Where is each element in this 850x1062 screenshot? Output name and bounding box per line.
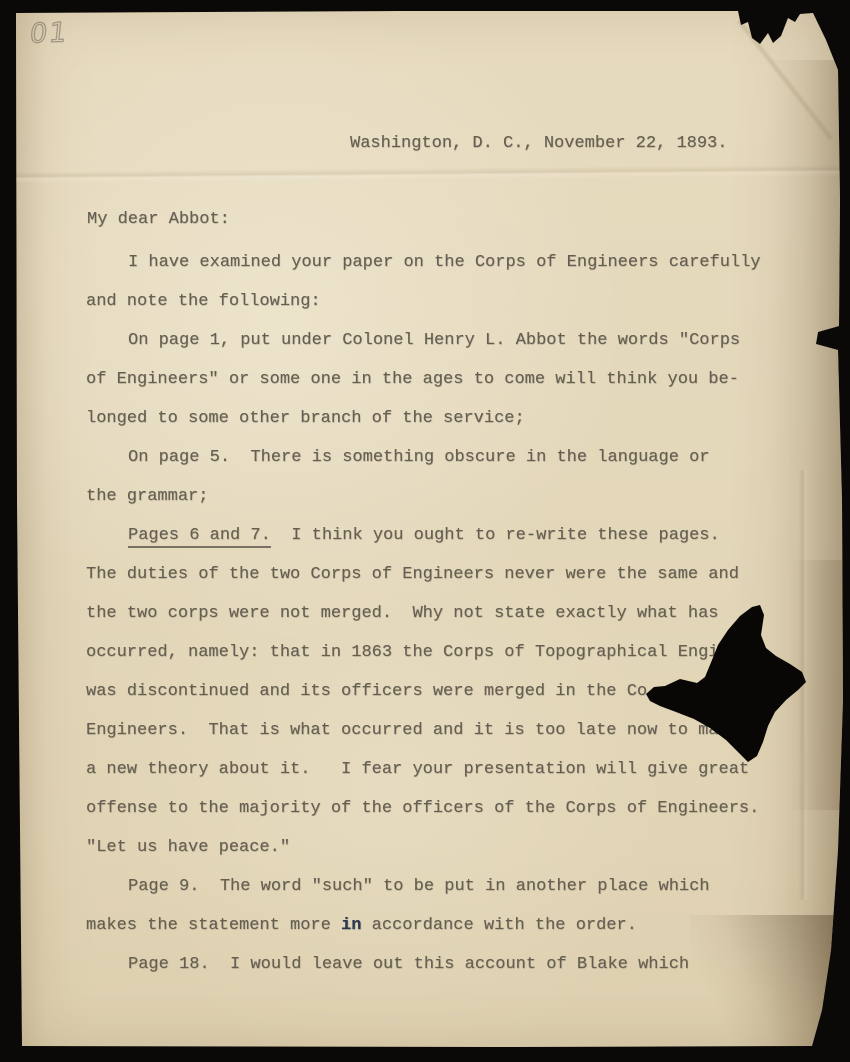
letter-line: Page 18. I would leave out this account … (86, 945, 776, 984)
text-segment: Page 18. I would leave out this account … (128, 955, 689, 974)
text-segment: the grammar; (86, 487, 208, 506)
letter-paper: 01 Washington, D. C., November 22, 1893.… (14, 10, 845, 1051)
horizontal-crease (14, 164, 845, 183)
text-segment: accordance with the order. (361, 916, 636, 935)
letter-line: Page 9. The word "such" to be put in ano… (86, 867, 776, 906)
text-segment: Page 9. The word "such" to be put in ano… (128, 877, 710, 896)
text-segment: and note the following: (86, 292, 321, 311)
letter-line: "Let us have peace." (86, 828, 776, 867)
text-segment: "Let us have peace." (86, 838, 290, 857)
underlined-text: Pages 6 and 7. (128, 526, 271, 548)
photo-background: 01 Washington, D. C., November 22, 1893.… (0, 0, 850, 1062)
letter-line: occurred, namely: that in 1863 the Corps… (86, 633, 776, 672)
letter-line: I have examined your paper on the Corps … (86, 243, 776, 282)
corner-crease (736, 18, 835, 141)
dateline: Washington, D. C., November 22, 1893. (350, 134, 727, 153)
letter-line: Pages 6 and 7. I think you ought to re-w… (86, 516, 776, 555)
fold-shading (790, 560, 845, 810)
letter-line: was discontinued and its officers were m… (86, 672, 776, 711)
text-segment: On page 5. There is something obscure in… (128, 448, 710, 467)
letter-line: On page 1, put under Colonel Henry L. Ab… (86, 321, 776, 360)
letter-line: Engineers. That is what occurred and it … (86, 711, 776, 750)
text-segment: I have examined your paper on the Corps … (128, 253, 761, 272)
letter-line: and note the following: (86, 282, 776, 321)
letter-line: makes the statement more in accordance w… (86, 906, 776, 945)
text-segment: The duties of the two Corps of Engineers… (86, 565, 739, 584)
salutation: My dear Abbot: (87, 210, 230, 229)
text-segment: Engineers. That is what occurred and it … (86, 721, 719, 740)
letter-body: I have examined your paper on the Corps … (86, 243, 776, 984)
letter-line: offense to the majority of the officers … (86, 789, 776, 828)
inked-correction: in (341, 916, 361, 935)
letter-line: of Engineers" or some one in the ages to… (86, 360, 776, 399)
text-segment: of Engineers" or some one in the ages to… (86, 370, 739, 389)
letter-line: The duties of the two Corps of Engineers… (86, 555, 776, 594)
text-segment: offense to the majority of the officers … (86, 799, 759, 818)
letter-line: the two corps were not merged. Why not s… (86, 594, 776, 633)
text-segment: On page 1, put under Colonel Henry L. Ab… (128, 331, 740, 350)
text-segment: longed to some other branch of the servi… (86, 409, 525, 428)
letter-line: a new theory about it. I fear your prese… (86, 750, 776, 789)
text-segment: occurred, namely: that in 1863 the Corps… (86, 643, 739, 662)
letter-line: longed to some other branch of the servi… (86, 399, 776, 438)
text-segment: a new theory about it. I fear your prese… (86, 760, 749, 779)
pencil-corner-mark: 01 (28, 19, 69, 47)
right-edge-shading (768, 60, 845, 1051)
text-segment: was discontinued and its officers were m… (86, 682, 647, 701)
letter-line: the grammar; (86, 477, 776, 516)
letter-line: On page 5. There is something obscure in… (86, 438, 776, 477)
text-segment: the two corps were not merged. Why not s… (86, 604, 719, 623)
text-segment: makes the statement more (86, 916, 341, 935)
vertical-crease (799, 470, 809, 900)
text-segment: I think you ought to re-write these page… (271, 526, 720, 545)
